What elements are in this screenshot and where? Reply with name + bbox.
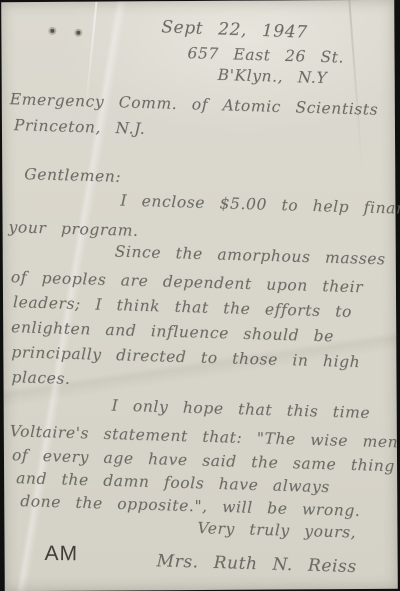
- body-line: I only hope that this time: [111, 397, 370, 422]
- sender-address-city: B'Klyn., N.Y: [217, 66, 327, 87]
- body-line: of peoples are dependent upon their: [11, 268, 364, 296]
- pinhole: [76, 31, 80, 35]
- body-line: places.: [11, 368, 71, 388]
- recipient-city: Princeton, N.J.: [14, 116, 146, 138]
- salutation: Gentlemen:: [24, 165, 121, 186]
- recipient-name: Emergency Comm. of Atomic Scientists: [10, 90, 379, 119]
- sender-address-street: 657 East 26 St.: [187, 44, 344, 67]
- body-line: I enclose $5.00 to help finance: [120, 191, 400, 218]
- body-line: your program.: [8, 218, 139, 240]
- date-line: Sept 22, 1947: [161, 17, 308, 42]
- archival-annotation: AM: [44, 542, 78, 566]
- closing-line: Very truly yours,: [197, 519, 356, 542]
- body-line: principally directed to those in high: [11, 343, 360, 371]
- body-line: and the damn fools have always: [16, 469, 330, 496]
- letter-paper: Sept 22, 1947 657 East 26 St. B'Klyn., N…: [1, 0, 398, 591]
- signature: Mrs. Ruth N. Reiss: [156, 551, 357, 577]
- body-line: leaders; I think that the efforts to: [13, 293, 352, 321]
- body-line: Since the amorphous masses: [114, 243, 385, 269]
- pinhole: [50, 29, 54, 33]
- scanned-letter: Sept 22, 1947 657 East 26 St. B'Klyn., N…: [0, 0, 400, 591]
- body-line: done the opposite.", will be wrong.: [20, 492, 361, 520]
- body-line: enlighten and influence should be: [11, 318, 334, 345]
- paper-crease: [348, 0, 363, 170]
